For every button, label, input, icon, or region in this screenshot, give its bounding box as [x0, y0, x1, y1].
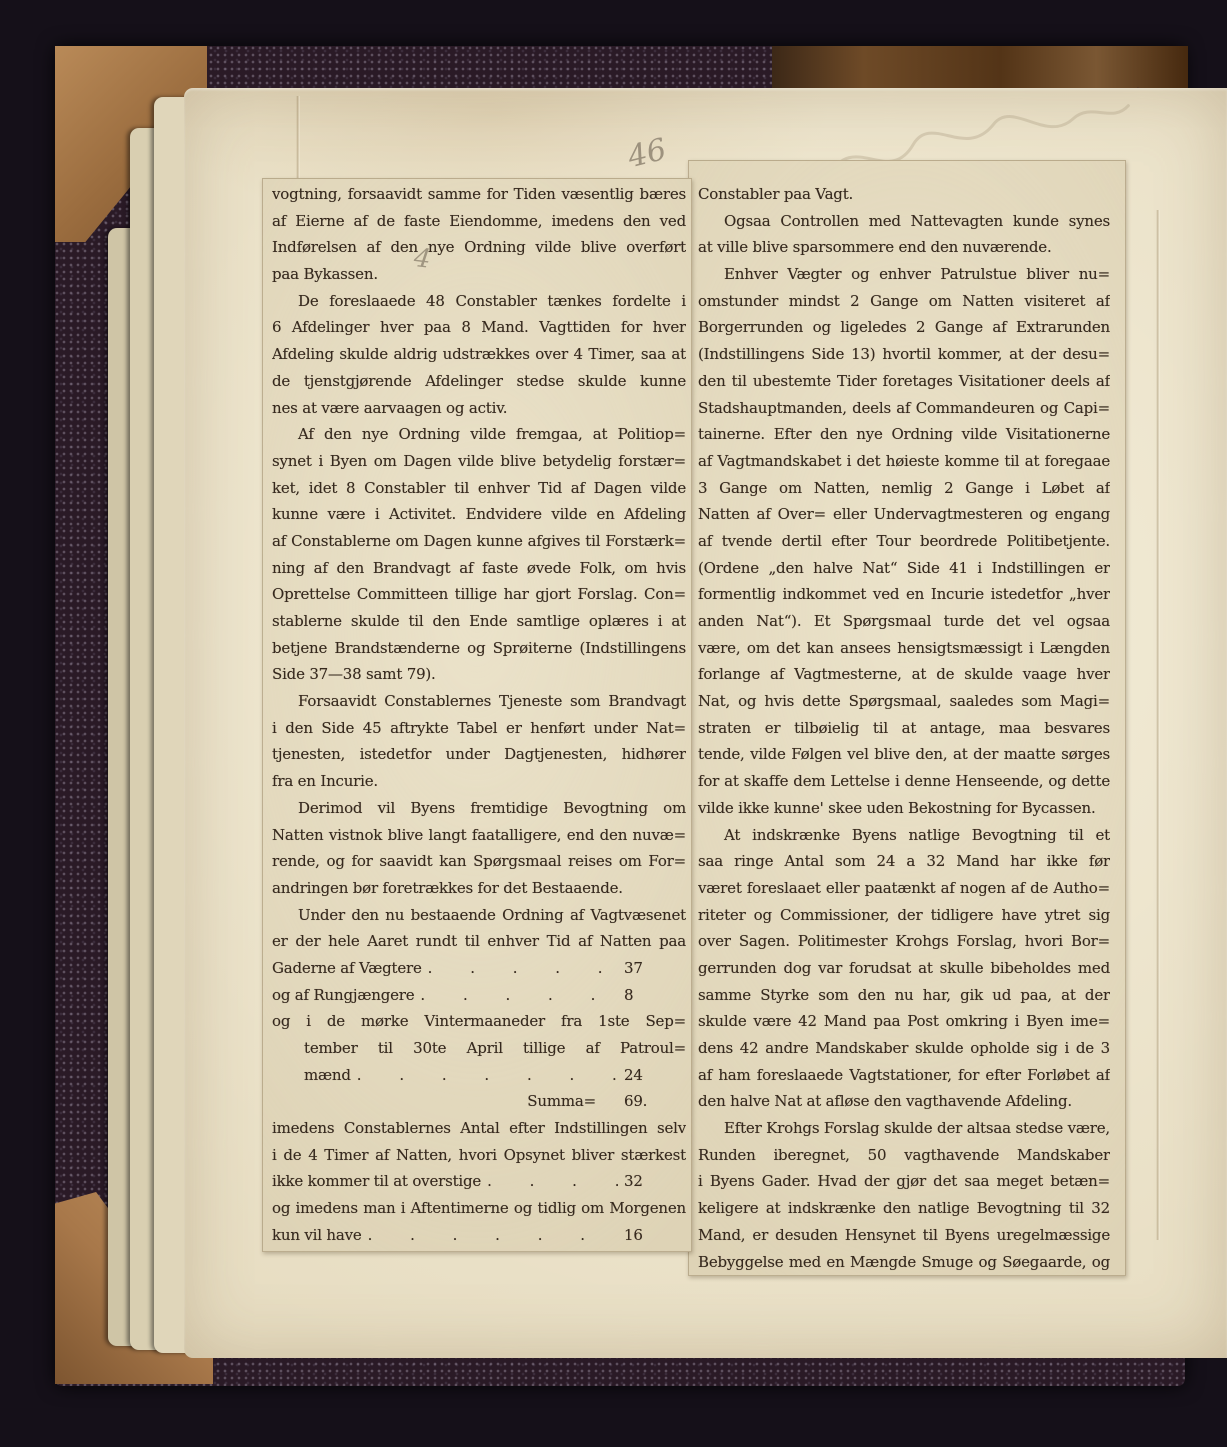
text-line: ket, idet 8 Constabler til enhver Tid af… — [272, 475, 686, 502]
text-line: nes at være aarvaagen og activ. — [272, 395, 686, 422]
line-text: og af Rungjængere — [272, 982, 414, 1009]
text-line: over Sagen. Politimester Krohgs Forslag,… — [698, 928, 1110, 955]
text-line: saa ringe Antal som 24 a 32 Mand har ikk… — [698, 848, 1110, 875]
line-text: kun vil have — [272, 1222, 362, 1249]
dot-leader — [420, 982, 618, 1009]
text-line: Borgerrunden og ligeledes 2 Gange af Ext… — [698, 314, 1110, 341]
text-line: omstunder mindst 2 Gange om Natten visit… — [698, 288, 1110, 315]
text-line: (Ordene „den halve Nat“ Side 41 i Indsti… — [698, 555, 1110, 582]
text-line: vogtning, forsaavidt samme for Tiden væs… — [272, 181, 686, 208]
text-line: andringen bør foretrækkes for det Bestaa… — [272, 875, 686, 902]
line-number: 8 — [624, 982, 686, 1009]
text-line: være, om det kan ansees hensigtsmæssigt … — [698, 635, 1110, 662]
text-line: af Constablerne om Dagen kunne afgives t… — [272, 528, 686, 555]
line-text: Gaderne af Vægtere — [272, 955, 422, 982]
line-number: 37 — [624, 955, 686, 982]
text-line: dens 42 andre Mandskaber skulde opholde … — [698, 1035, 1110, 1062]
text-line: vilde ikke kunne' skee uden Bekostning f… — [698, 795, 1110, 822]
text-line: Constabler paa Vagt. — [698, 181, 1110, 208]
text-line: Derimod vil Byens fremtidige Bevogtning … — [272, 795, 686, 822]
text-line: at ville blive sparsommere end den nuvær… — [698, 234, 1110, 261]
text-line: den halve Nat at afløse den vagthavende … — [698, 1088, 1110, 1115]
text-line: ning af den Brandvagt af faste øvede Fol… — [272, 555, 686, 582]
archive-book-scan: vogtning, forsaavidt samme for Tiden væs… — [0, 0, 1227, 1447]
text-line: samme Styrke som den nu har, gik ud paa,… — [698, 982, 1110, 1009]
text-line: af ham foreslaaede Vagtstationer, for ef… — [698, 1062, 1110, 1089]
line-number: 69. — [624, 1088, 686, 1115]
text-line: været foreslaaet eller paatænkt af nogen… — [698, 875, 1110, 902]
text-line: Forsaavidt Constablernes Tjeneste som Br… — [272, 688, 686, 715]
text-line: i Byens Gader. Hvad der gjør det saa meg… — [698, 1168, 1110, 1195]
text-line: 3 Gange om Natten, nemlig 2 Gange i Løbe… — [698, 475, 1110, 502]
line-text: mænd — [304, 1062, 351, 1089]
text-line: af tvende dertil efter Tour beordrede Po… — [698, 528, 1110, 555]
text-line: synet i Byen om Dagen vilde blive betyde… — [272, 448, 686, 475]
text-line: Under den nu bestaaende Ordning af Vagtv… — [272, 902, 686, 929]
text-line: tende, vilde Følgen vel blive den, at de… — [698, 741, 1110, 768]
text-line: Nat, og hvis dette Spørgsmaal, saaledes … — [698, 688, 1110, 715]
text-line: tainerne. Efter den nye Ordning vilde Vi… — [698, 421, 1110, 448]
text-line: straten er tilbøielig til at antage, maa… — [698, 715, 1110, 742]
text-line: Runden iberegnet, 50 vagthavende Mandska… — [698, 1142, 1110, 1169]
line-number: 16 — [624, 1222, 686, 1249]
text-line: imedens Constablernes Antal efter Indsti… — [272, 1115, 686, 1142]
text-line: Bebyggelse med en Mængde Smuge og Søegaa… — [698, 1249, 1110, 1276]
text-line: betjene Brandstænderne og Sprøiterne (In… — [272, 635, 686, 662]
text-line: Gaderne af Vægtere37 — [272, 955, 686, 982]
text-line: gerrunden dog var forudsat at skulle bib… — [698, 955, 1110, 982]
text-line: anden Nat“). Et Spørgsmaal turde det vel… — [698, 608, 1110, 635]
printed-text-right-column: Constabler paa Vagt.Ogsaa Controllen med… — [698, 181, 1110, 1275]
text-line: tember til 30te April tillige af Patroul… — [272, 1035, 686, 1062]
line-text: Summa= — [527, 1088, 596, 1115]
text-line: af Eierne af de faste Eiendomme, imedens… — [272, 208, 686, 235]
text-line: af Vagtmandskabet i det høieste komme ti… — [698, 448, 1110, 475]
printed-text-left-column: vogtning, forsaavidt samme for Tiden væs… — [272, 181, 686, 1249]
text-line: Indførelsen af den nye Ordning vilde bli… — [272, 234, 686, 261]
text-line: Natten vistnok blive langt faatalligere,… — [272, 822, 686, 849]
text-line: formentlig indkommet ved en Incurie iste… — [698, 581, 1110, 608]
text-line: Ogsaa Controllen med Nattevagten kunde s… — [698, 208, 1110, 235]
text-line: og af Rungjængere8 — [272, 982, 686, 1009]
text-line: De foreslaaede 48 Constabler tænkes ford… — [272, 288, 686, 315]
dot-leader — [487, 1168, 618, 1195]
text-line: den til ubestemte Tider foretages Visita… — [698, 368, 1110, 395]
text-line: keligere at indskrænke den natlige Bevog… — [698, 1195, 1110, 1222]
text-line: for at skaffe dem Lettelse i denne Hense… — [698, 768, 1110, 795]
text-line: rende, og for saavidt kan Spørgsmaal rei… — [272, 848, 686, 875]
text-line: Af den nye Ordning vilde fremgaa, at Pol… — [272, 421, 686, 448]
text-line: Enhver Vægter og enhver Patrulstue blive… — [698, 261, 1110, 288]
text-line: fra en Incurie. — [272, 768, 686, 795]
text-line: Summa=69. — [272, 1088, 686, 1115]
text-line: Stadshauptmanden, deels af Commandeuren … — [698, 395, 1110, 422]
dot-leader — [357, 1062, 618, 1089]
text-line: Natten af Over= eller Undervagtmesteren … — [698, 501, 1110, 528]
text-line: tjenesten, istedetfor under Dagtjenesten… — [272, 741, 686, 768]
text-line: mænd24 — [272, 1062, 686, 1089]
text-line: paa Bykassen. — [272, 261, 686, 288]
text-line: (Indstillingens Side 13) hvortil kommer,… — [698, 341, 1110, 368]
dot-leader — [428, 955, 618, 982]
text-line: stablerne skulde til den Ende samtlige o… — [272, 608, 686, 635]
line-number: 32 — [624, 1168, 686, 1195]
text-line: 6 Afdelinger hver paa 8 Mand. Vagttiden … — [272, 314, 686, 341]
text-line: de tjenstgjørende Afdelinger stedse skul… — [272, 368, 686, 395]
text-line: ikke kommer til at overstige32 — [272, 1168, 686, 1195]
text-line: i den Side 45 aftrykte Tabel er henført … — [272, 715, 686, 742]
pencil-margin-mark: 4 — [412, 243, 432, 275]
line-number: 24 — [624, 1062, 686, 1089]
page-crease-right — [1156, 210, 1160, 1240]
text-line: og i de mørke Vintermaaneder fra 1ste Se… — [272, 1008, 686, 1035]
dot-leader — [368, 1222, 618, 1249]
text-line: forlange af Vagtmesterne, at de skulde v… — [698, 661, 1110, 688]
text-line: riteter og Commissioner, der tidligere h… — [698, 902, 1110, 929]
text-line: Efter Krohgs Forslag skulde der altsaa s… — [698, 1115, 1110, 1142]
text-line: i de 4 Timer af Natten, hvori Opsynet bl… — [272, 1142, 686, 1169]
text-line: Oprettelse Committeen tillige har gjort … — [272, 581, 686, 608]
text-line: Side 37—38 samt 79). — [272, 661, 686, 688]
text-line: Afdeling skulde aldrig udstrækkes over 4… — [272, 341, 686, 368]
text-line: og imedens man i Aftentimerne og tidlig … — [272, 1195, 686, 1222]
text-line: er der hele Aaret rundt til enhver Tid a… — [272, 928, 686, 955]
text-line: kunne være i Activitet. Endvidere vilde … — [272, 501, 686, 528]
line-text: ikke kommer til at overstige — [272, 1168, 481, 1195]
text-line: At indskrænke Byens natlige Bevogtning t… — [698, 822, 1110, 849]
text-line: kun vil have16 — [272, 1222, 686, 1249]
text-line: skulde være 42 Mand paa Post omkring i B… — [698, 1008, 1110, 1035]
text-line: Mand, er desuden Hensynet til Byens ureg… — [698, 1222, 1110, 1249]
